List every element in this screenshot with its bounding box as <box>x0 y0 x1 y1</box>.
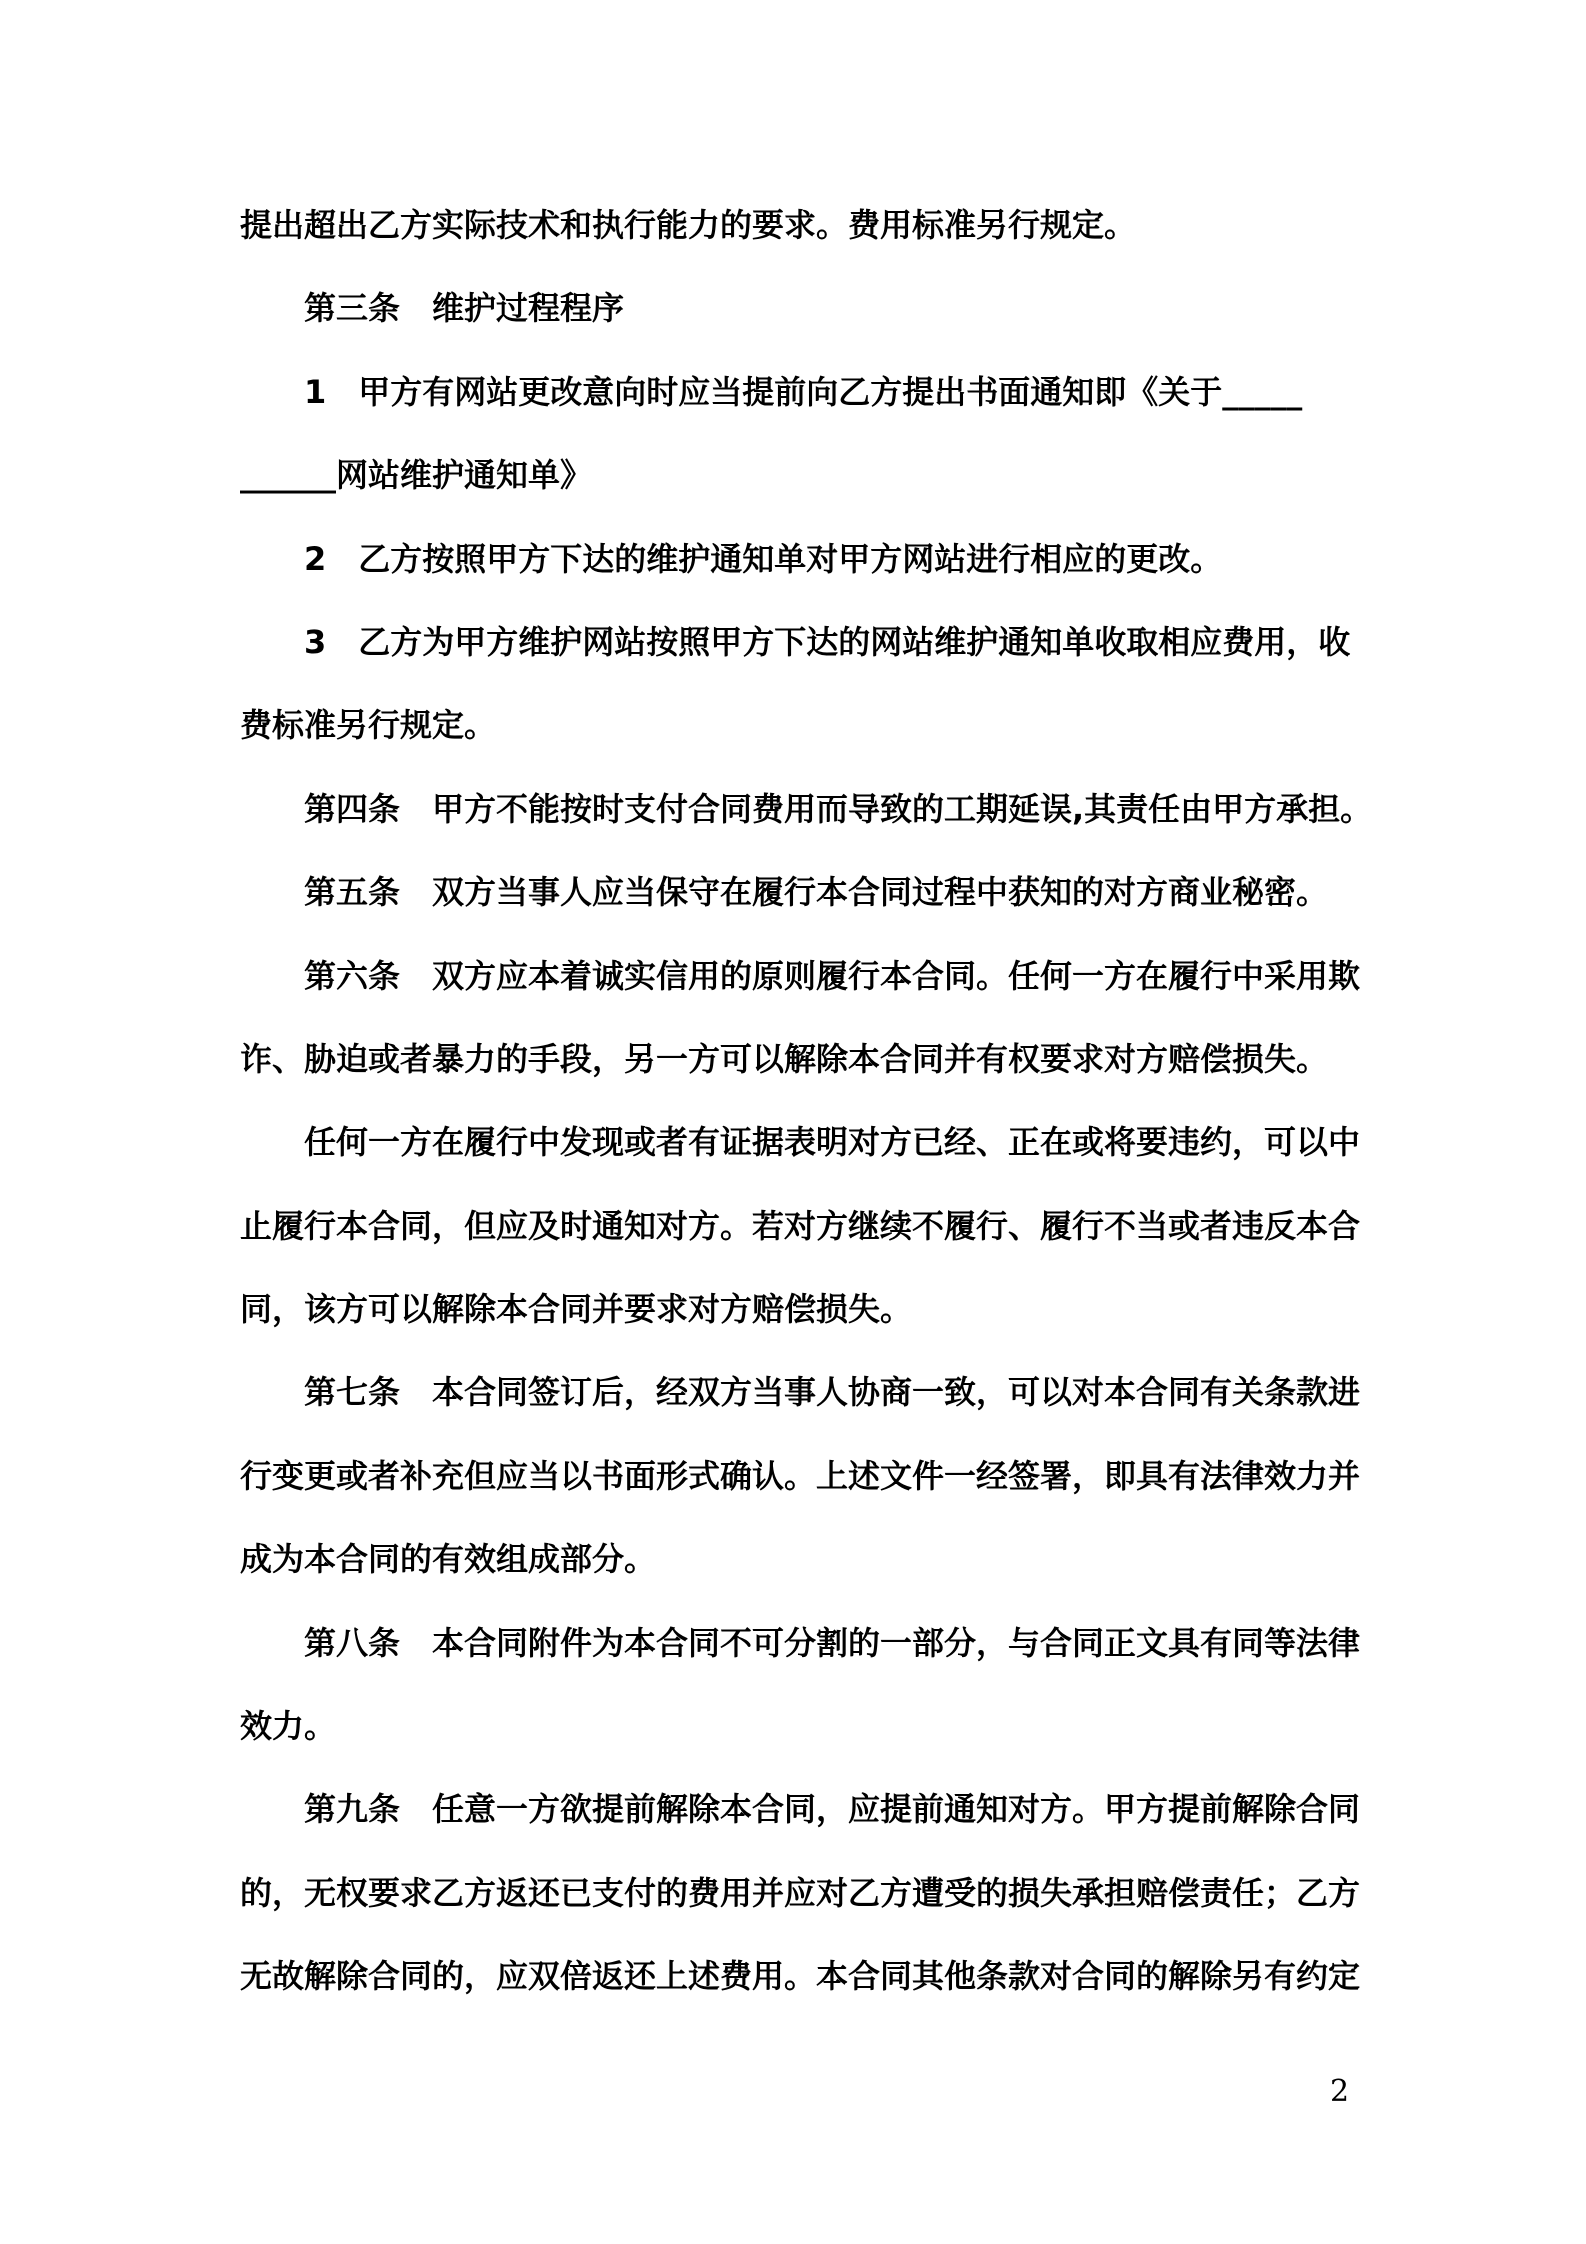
page-number: 2 <box>1330 2072 1349 2112</box>
text-line: 第八条 本合同附件为本合同不可分割的一部分，与合同正文具有同等法律 <box>240 1602 1346 1685</box>
document-body: 提出超出乙方实际技术和执行能力的要求。费用标准另行规定。第三条 维护过程程序1 … <box>240 184 1346 2019</box>
text-line: 任何一方在履行中发现或者有证据表明对方已经、正在或将要违约，可以中 <box>240 1101 1346 1184</box>
text-line: 第三条 维护过程程序 <box>240 267 1346 350</box>
text-line: 第七条 本合同签订后，经双方当事人协商一致，可以对本合同有关条款进 <box>240 1351 1346 1434</box>
text-line: 第九条 任意一方欲提前解除本合同，应提前通知对方。甲方提前解除合同 <box>240 1768 1346 1851</box>
text-line: 效力。 <box>240 1685 1346 1768</box>
text-line: 费标准另行规定。 <box>240 684 1346 767</box>
text-line: 成为本合同的有效组成部分。 <box>240 1518 1346 1601</box>
text-line: 的，无权要求乙方返还已支付的费用并应对乙方遭受的损失承担赔偿责任；乙方 <box>240 1852 1346 1935</box>
text-line: 3 乙方为甲方维护网站按照甲方下达的网站维护通知单收取相应费用，收 <box>240 601 1346 684</box>
text-line: ______网站维护通知单》 <box>240 434 1346 517</box>
text-line: 第四条 甲方不能按时支付合同费用而导致的工期延误,其责任由甲方承担。 <box>240 768 1346 851</box>
text-line: 诈、胁迫或者暴力的手段，另一方可以解除本合同并有权要求对方赔偿损失。 <box>240 1018 1346 1101</box>
text-line: 止履行本合同，但应及时通知对方。若对方继续不履行、履行不当或者违反本合 <box>240 1185 1346 1268</box>
document-page: 提出超出乙方实际技术和执行能力的要求。费用标准另行规定。第三条 维护过程程序1 … <box>0 0 1586 2244</box>
text-line: 同，该方可以解除本合同并要求对方赔偿损失。 <box>240 1268 1346 1351</box>
text-line: 第六条 双方应本着诚实信用的原则履行本合同。任何一方在履行中采用欺 <box>240 935 1346 1018</box>
text-line: 行变更或者补充但应当以书面形式确认。上述文件一经签署，即具有法律效力并 <box>240 1435 1346 1518</box>
text-line: 提出超出乙方实际技术和执行能力的要求。费用标准另行规定。 <box>240 184 1346 267</box>
text-line: 无故解除合同的，应双倍返还上述费用。本合同其他条款对合同的解除另有约定 <box>240 1935 1346 2018</box>
text-line: 1 甲方有网站更改意向时应当提前向乙方提出书面通知即《关于_____ <box>240 351 1346 434</box>
text-line: 2 乙方按照甲方下达的维护通知单对甲方网站进行相应的更改。 <box>240 518 1346 601</box>
text-line: 第五条 双方当事人应当保守在履行本合同过程中获知的对方商业秘密。 <box>240 851 1346 934</box>
